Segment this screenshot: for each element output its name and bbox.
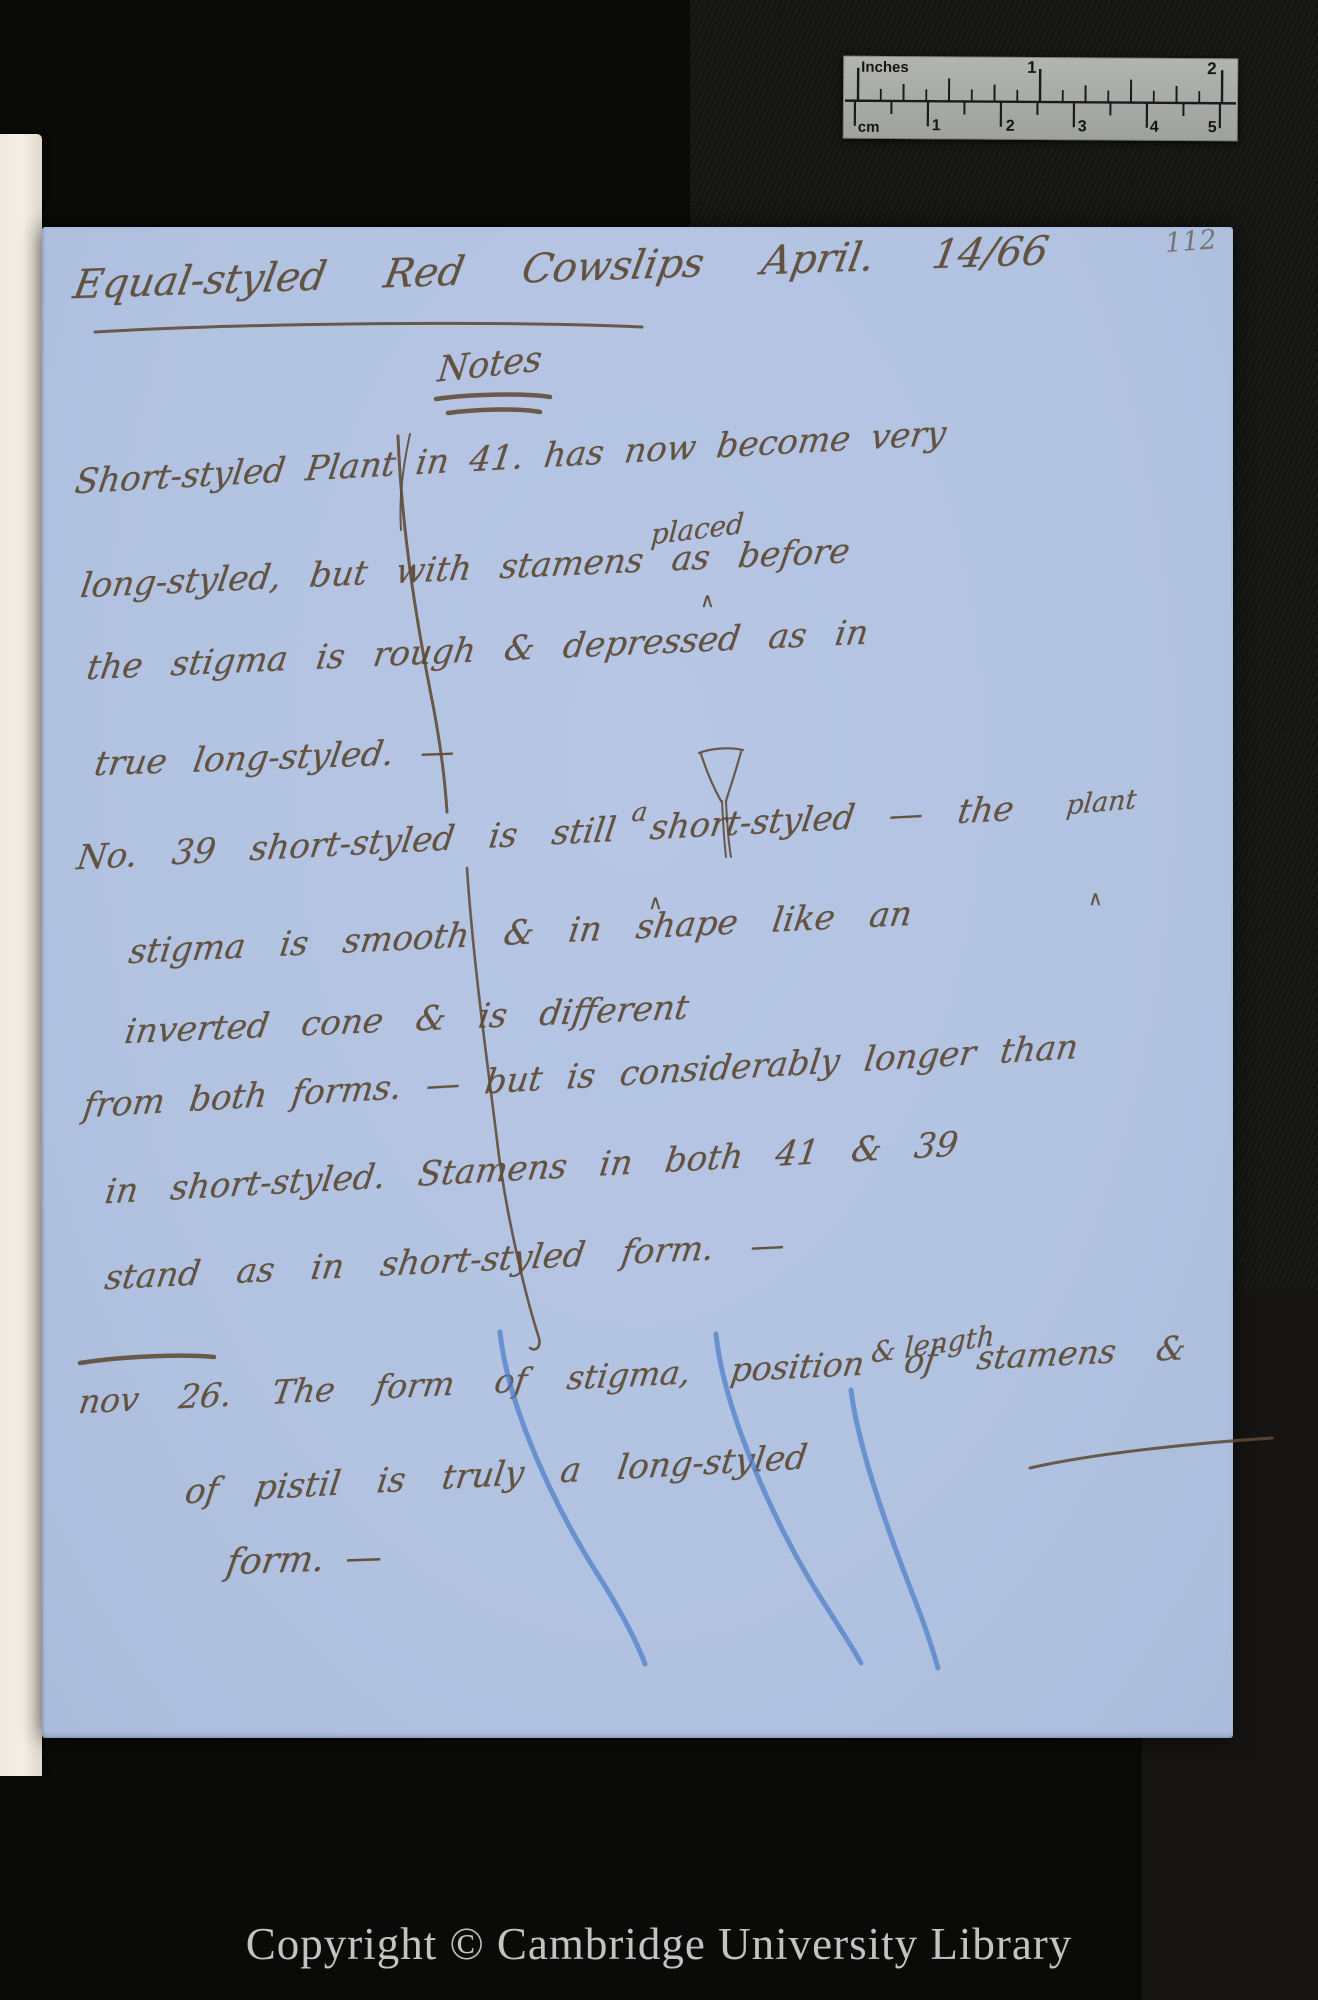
photographed-manuscript-scene: Inches 1 2 cm 1 2 3 4 5 112 Equal-styled… xyxy=(0,0,1318,2000)
ms-caret-1: ∧ xyxy=(700,588,715,612)
ms-line-p3-3: form. — xyxy=(223,1537,385,1584)
folio-number: 112 xyxy=(1164,224,1218,259)
adjacent-page-edge xyxy=(0,134,42,1776)
ms-caret-3: ∧ xyxy=(1088,886,1103,910)
ruler-cm-number-3: 3 xyxy=(1078,118,1087,136)
copyright-notice: Copyright © Cambridge University Library xyxy=(0,1918,1318,1970)
ruler-inch-number-1: 1 xyxy=(1027,58,1037,78)
ruler-inch-number-2: 2 xyxy=(1207,59,1217,79)
ruler-cm-number-5: 5 xyxy=(1208,119,1217,137)
measuring-ruler: Inches 1 2 cm 1 2 3 4 5 xyxy=(843,56,1239,142)
ms-insertion-plant: plant xyxy=(1065,784,1138,822)
ruler-cm-label: cm xyxy=(858,119,880,136)
ruler-inches-label: Inches xyxy=(861,59,909,76)
ruler-cm-number-1: 1 xyxy=(932,117,941,135)
ruler-cm-number-4: 4 xyxy=(1150,119,1159,137)
ruler-cm-number-2: 2 xyxy=(1006,118,1015,136)
